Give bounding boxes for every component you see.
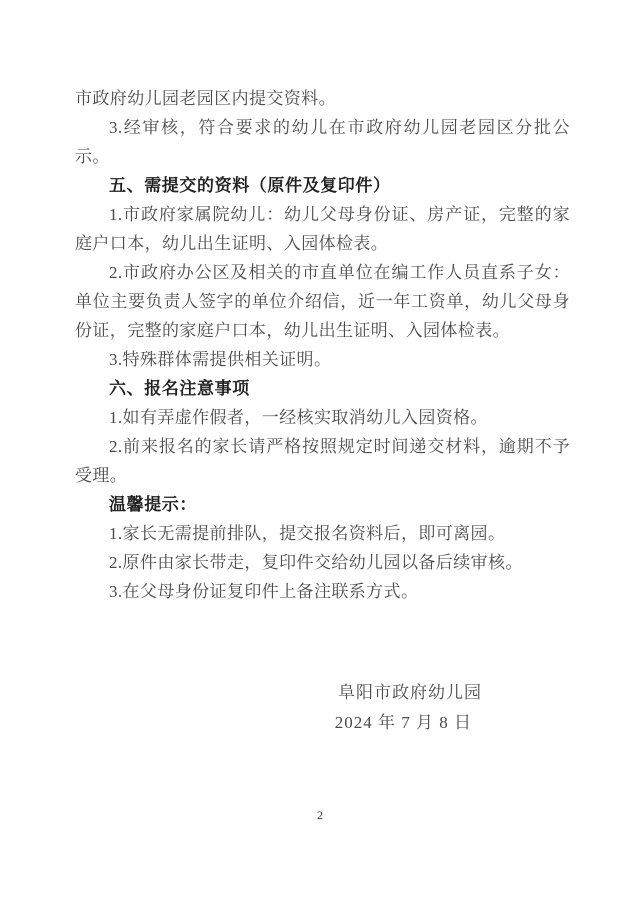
body-paragraph: 2.原件由家长带走，复印件交给幼儿园以备后续审核。 (75, 548, 570, 577)
document-body: 市政府幼儿园老园区内提交资料。 3.经审核，符合要求的幼儿在市政府幼儿园老园区分… (0, 0, 640, 738)
body-paragraph: 2.市政府办公区及相关的市直单位在编工作人员直系子女：单位主要负责人签字的单位介… (75, 258, 570, 345)
body-paragraph: 1.市政府家属院幼儿：幼儿父母身份证、房产证，完整的家庭户口本，幼儿出生证明、入… (75, 200, 570, 258)
signature-org: 阜阳市政府幼儿园 (75, 678, 482, 708)
body-paragraph: 3.特殊群体需提供相关证明。 (75, 345, 570, 374)
tips-heading: 温馨提示： (75, 490, 570, 519)
signature-block: 阜阳市政府幼儿园 2024 年 7 月 8 日 (75, 678, 570, 738)
document-page: 市政府幼儿园老园区内提交资料。 3.经审核，符合要求的幼儿在市政府幼儿园老园区分… (0, 0, 640, 905)
section-heading-5: 五、需提交的资料（原件及复印件） (75, 171, 570, 200)
body-paragraph: 1.家长无需提前排队，提交报名资料后，即可离园。 (75, 519, 570, 548)
section-heading-6: 六、报名注意事项 (75, 374, 570, 403)
body-paragraph: 3.经审核，符合要求的幼儿在市政府幼儿园老园区分批公示。 (75, 113, 570, 171)
signature-date: 2024 年 7 月 8 日 (75, 708, 482, 738)
body-paragraph: 3.在父母身份证复印件上备注联系方式。 (75, 577, 570, 606)
page-footer: 2 (0, 806, 640, 824)
continuation-paragraph: 市政府幼儿园老园区内提交资料。 (75, 84, 570, 113)
page-number: 2 (317, 808, 323, 822)
body-paragraph: 1.如有弄虚作假者，一经核实取消幼儿入园资格。 (75, 403, 570, 432)
body-paragraph: 2.前来报名的家长请严格按照规定时间递交材料，逾期不予受理。 (75, 432, 570, 490)
